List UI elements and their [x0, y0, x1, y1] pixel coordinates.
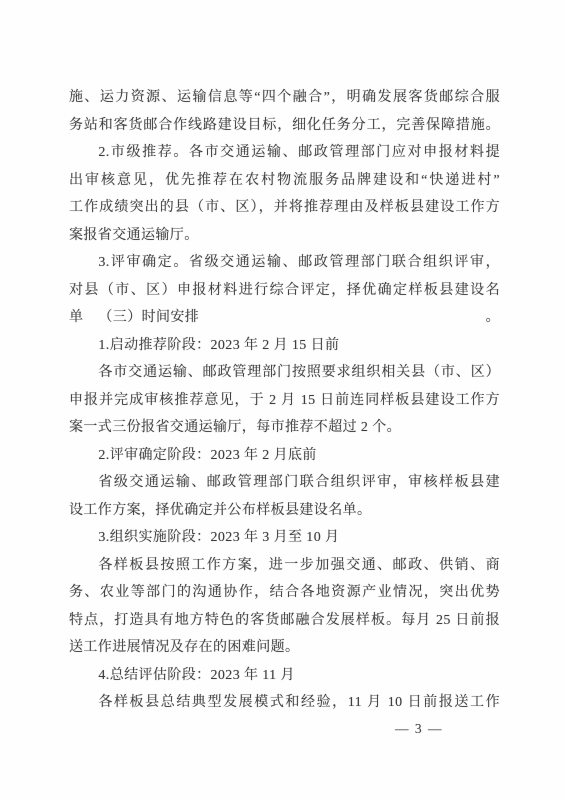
text-line: 案报省交通运输厅。 — [69, 222, 500, 250]
text-line: 3.组织实施阶段：2023 年 3 月至 10 月 — [69, 524, 500, 552]
text-line: 各市交通运输、邮政管理部门按照要求组织相关县（市、区） — [69, 359, 500, 387]
text-line: 出审核意见，优先推荐在农村物流服务品牌建设和“快递进村” — [69, 167, 500, 195]
text-line: 设工作方案，择优确定并公布样板县建设名单。 — [69, 497, 500, 525]
text-line: 对县（市、区）申报材料进行综合评定，择优确定样板县建设名单。 — [69, 277, 500, 305]
text-line: 送工作进展情况及存在的困难问题。 — [69, 634, 500, 662]
text-line: 施、运力资源、运输信息等“四个融合”，明确发展客货邮综合服 — [69, 84, 500, 112]
document-lines: 施、运力资源、运输信息等“四个融合”，明确发展客货邮综合服务站和客货邮合作线路建… — [69, 84, 500, 717]
text-line: 3.评审确定。省级交通运输、邮政管理部门联合组织评审， — [69, 249, 500, 277]
text-line: 务、农业等部门的沟通协作，结合各地资源产业情况，突出优势 — [69, 579, 500, 607]
text-line: 2.评审确定阶段：2023 年 2 月底前 — [69, 442, 500, 470]
text-line: 案一式三份报省交通运输厅，每市推荐不超过 2 个。 — [69, 414, 500, 442]
text-line: 各样板县按照工作方案，进一步加强交通、邮政、供销、商 — [69, 552, 500, 580]
text-line: 省级交通运输、邮政管理部门联合组织评审，审核样板县建 — [69, 469, 500, 497]
text-line: 工作成绩突出的县（市、区），并将推荐理由及样板县建设工作方 — [69, 194, 500, 222]
text-line: 1.启动推荐阶段：2023 年 2 月 15 日前 — [69, 332, 500, 360]
text-line: 申报并完成审核推荐意见，于 2 月 15 日前连同样板县建设工作方 — [69, 387, 500, 415]
text-line: 2.市级推荐。各市交通运输、邮政管理部门应对申报材料提 — [69, 139, 500, 167]
scanned-document-page: 施、运力资源、运输信息等“四个融合”，明确发展客货邮综合服务站和客货邮合作线路建… — [0, 0, 565, 800]
text-line: 各样板县总结典型发展模式和经验，11 月 10 日前报送工作 — [69, 689, 500, 717]
text-line: 务站和客货邮合作线路建设目标，细化任务分工，完善保障措施。 — [69, 112, 500, 140]
text-line: 特点，打造具有地方特色的客货邮融合发展样板。每月 25 日前报 — [69, 607, 500, 635]
page-number: — 3 — — [0, 721, 443, 737]
text-line: 4.总结评估阶段：2023 年 11 月 — [69, 662, 500, 690]
